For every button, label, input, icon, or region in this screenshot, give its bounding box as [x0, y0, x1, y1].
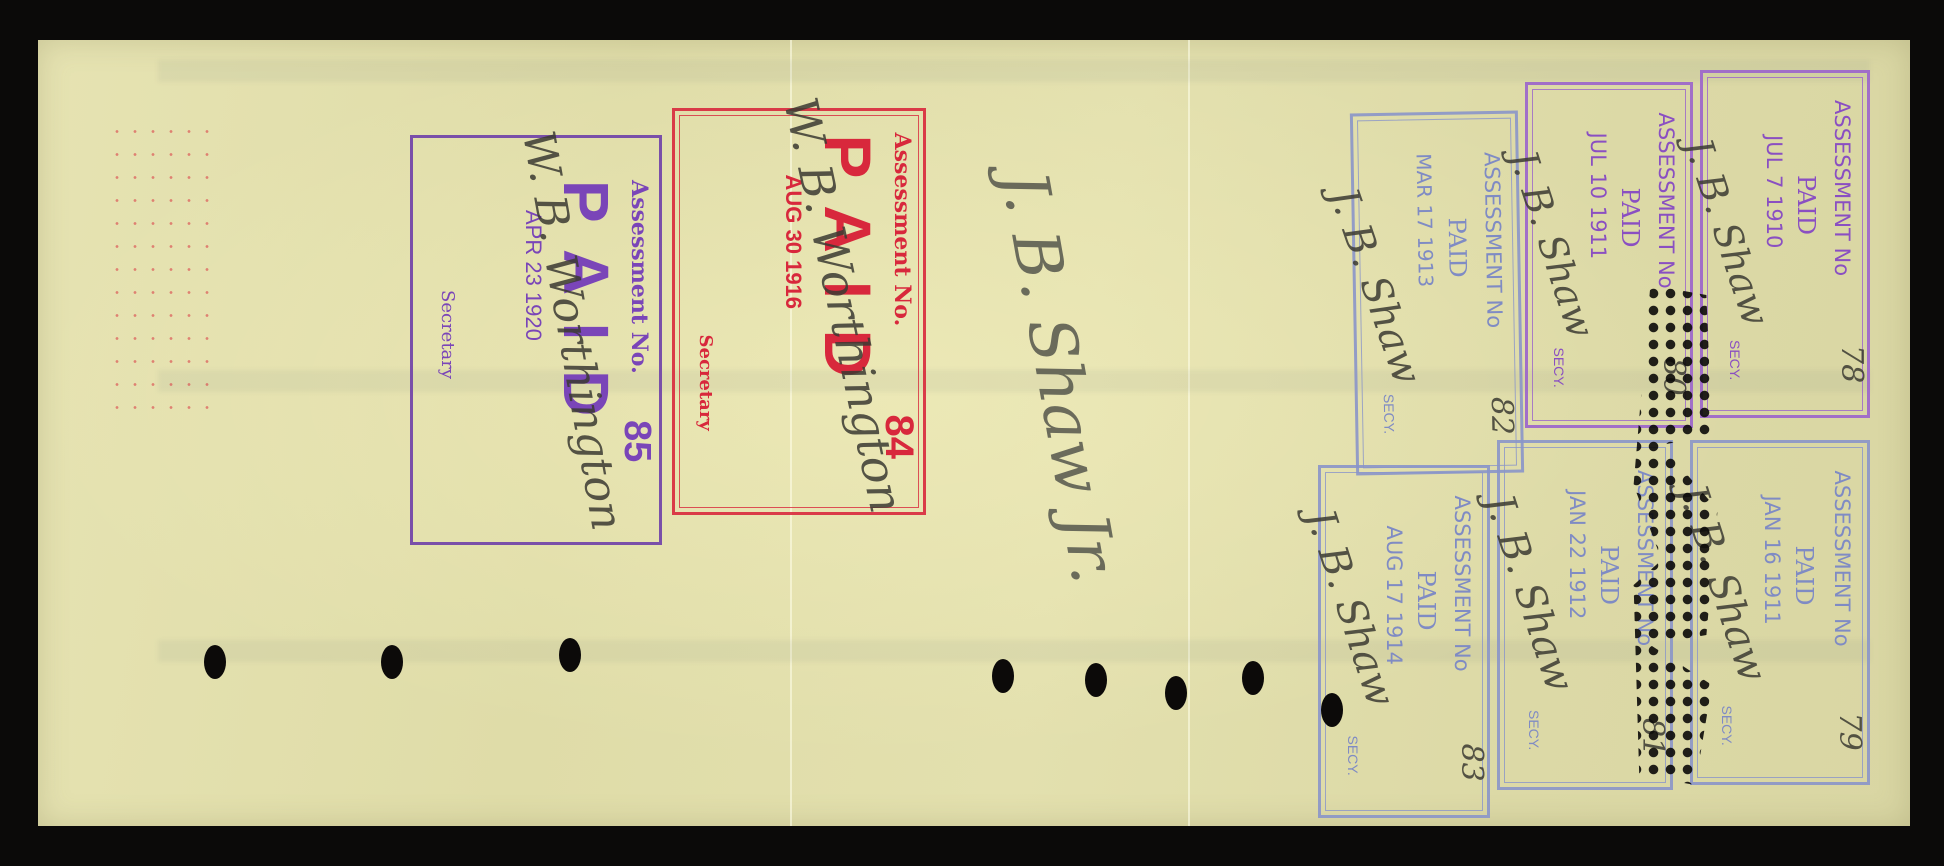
- binding-hole: [1165, 676, 1187, 710]
- stamp-handwritten-number: 79: [1834, 712, 1864, 750]
- stamp-footer: SECY.: [1346, 735, 1360, 775]
- paid-stamp-79: ASSESSMENT No PAID JAN 16 1911 SECY. 79 …: [1690, 440, 1870, 785]
- stamp-footer: Secretary: [696, 334, 714, 430]
- binding-hole: [204, 645, 226, 679]
- stamp-handwritten-number: 78: [1836, 345, 1866, 383]
- stamp-footer: Secretary: [438, 290, 456, 379]
- fold-line: [1188, 40, 1190, 826]
- binding-hole: [1321, 693, 1343, 727]
- stamp-number: 85: [618, 420, 656, 462]
- stamp-date: JUL 10 1911: [1587, 133, 1608, 260]
- stamp-paid: PAID: [1618, 188, 1642, 248]
- binding-hole: [381, 645, 403, 679]
- stamp-footer: SECY.: [1720, 705, 1734, 745]
- binding-hole: [559, 638, 581, 672]
- paid-stamp-84: Assessment No. 84 P A I D AUG 30 1916 Se…: [672, 108, 926, 515]
- stamp-header: ASSESSMENT No: [1481, 152, 1505, 328]
- binding-hole: [992, 659, 1014, 693]
- show-through-print: [158, 60, 1870, 82]
- stamp-paid: PAID: [1792, 545, 1816, 605]
- paid-stamp-83: ASSESSMENT No PAID AUG 17 1914 SECY. 83 …: [1318, 465, 1490, 818]
- binding-hole: [1085, 663, 1107, 697]
- stamp-footer: SECY.: [1382, 394, 1397, 434]
- stamp-date: MAR 17 1913: [1414, 153, 1436, 287]
- stamp-date: JAN 16 1911: [1761, 495, 1782, 624]
- stamp-handwritten-number: 83: [1456, 743, 1486, 781]
- stamp-date: JAN 22 1912: [1566, 490, 1587, 619]
- paid-stamp-85: Assessment No. 85 P A I D APR 23 1920 Se…: [410, 135, 662, 545]
- stamp-footer: SECY.: [1728, 340, 1742, 380]
- stamp-paid: PAID: [1414, 570, 1438, 630]
- stamp-handwritten-number: 82: [1486, 397, 1517, 436]
- stamp-header: ASSESSMENT No: [1831, 100, 1852, 276]
- stamp-header: ASSESSMENT No: [1655, 113, 1676, 289]
- stamp-paid: PAID: [1445, 217, 1470, 277]
- paid-stamp-78: ASSESSMENT No PAID JUL 7 1910 SECY. 78 J…: [1700, 70, 1870, 418]
- stamp-header: ASSESSMENT No: [1831, 470, 1852, 646]
- paid-stamp-82: ASSESSMENT No PAID MAR 17 1913 SECY. 82 …: [1350, 111, 1524, 476]
- red-ink-specks: [108, 120, 218, 420]
- binding-hole: [1242, 661, 1264, 695]
- stamp-paid: PAID: [1794, 175, 1818, 235]
- stamp-header: Assessment No.: [891, 132, 913, 326]
- stamp-header: ASSESSMENT No: [1451, 495, 1472, 671]
- stamp-date: JUL 7 1910: [1763, 135, 1784, 248]
- stamp-paid: PAID: [1597, 545, 1621, 605]
- stamp-footer: SECY.: [1527, 710, 1541, 750]
- stamp-header: Assessment No.: [628, 180, 650, 374]
- stamp-footer: SECY.: [1552, 348, 1566, 388]
